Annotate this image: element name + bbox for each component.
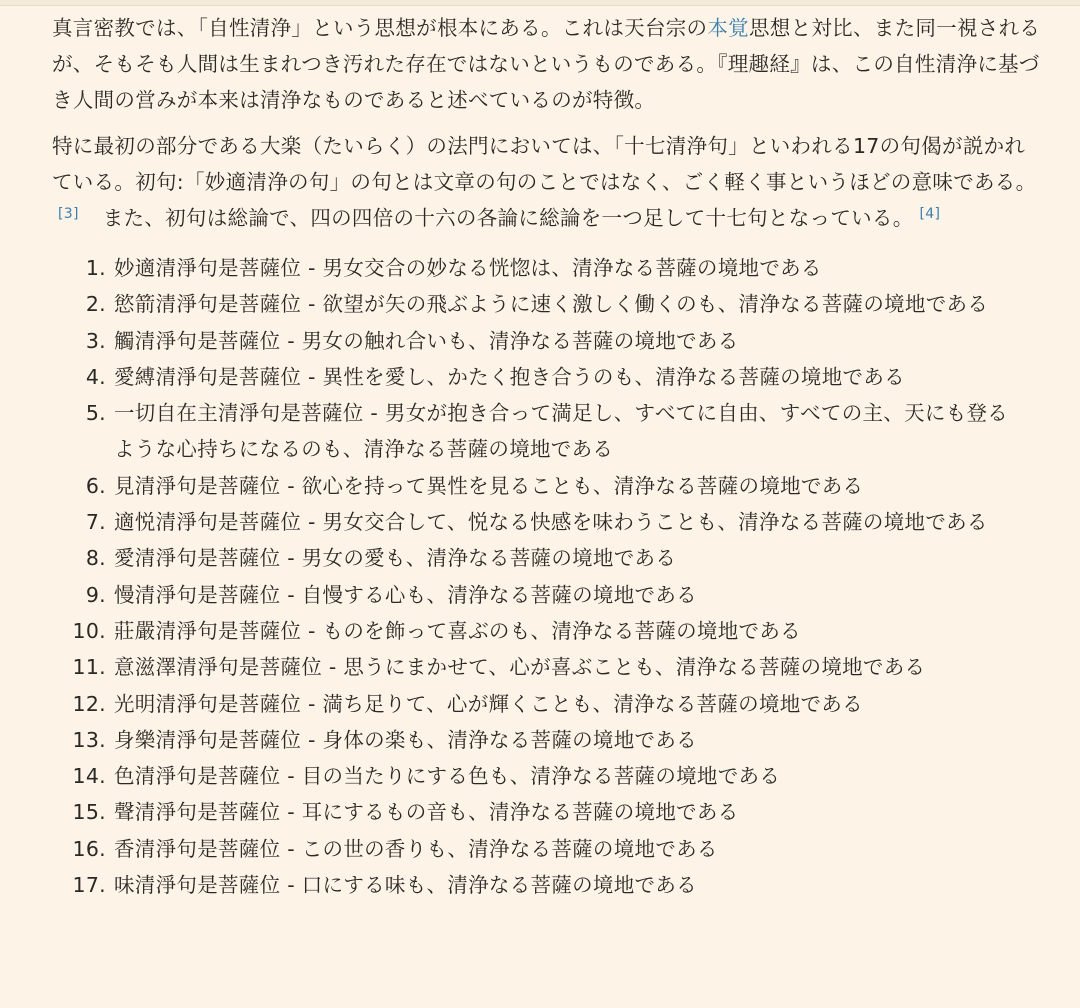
list-item: 8.愛清淨句是菩薩位 - 男女の愛も、清浄なる菩薩の境地である xyxy=(52,540,1042,576)
list-item: 10.莊嚴清淨句是菩薩位 - ものを飾って喜ぶのも、清浄なる菩薩の境地である xyxy=(52,613,1042,649)
list-number: 6. xyxy=(52,468,114,504)
verse-text: 見清淨句是菩薩位 - 欲心を持って異性を見ることも、清浄なる菩薩の境地である xyxy=(114,468,1014,504)
verse-text: 意滋澤清淨句是菩薩位 - 思うにまかせて、心が喜ぶことも、清浄なる菩薩の境地であ… xyxy=(114,649,1014,685)
seventeen-verses-list: 1.妙適清淨句是菩薩位 - 男女交合の妙なる恍惚は、清浄なる菩薩の境地である 2… xyxy=(52,250,1042,903)
verse-text: 身樂清淨句是菩薩位 - 身体の楽も、清浄なる菩薩の境地である xyxy=(114,722,1014,758)
verse-text: 慾箭清淨句是菩薩位 - 欲望が矢の飛ぶように速く激しく働くのも、清浄なる菩薩の境… xyxy=(114,286,1014,322)
list-item: 11.意滋澤清淨句是菩薩位 - 思うにまかせて、心が喜ぶことも、清浄なる菩薩の境… xyxy=(52,649,1042,685)
list-item: 14.色清淨句是菩薩位 - 目の当たりにする色も、清浄なる菩薩の境地である xyxy=(52,758,1042,794)
list-item: 13.身樂清淨句是菩薩位 - 身体の楽も、清浄なる菩薩の境地である xyxy=(52,722,1042,758)
list-item: 5.一切自在主清淨句是菩薩位 - 男女が抱き合って満足し、すべてに自由、すべての… xyxy=(52,395,1042,468)
list-item: 6.見清淨句是菩薩位 - 欲心を持って異性を見ることも、清浄なる菩薩の境地である xyxy=(52,468,1042,504)
list-item: 12.光明清淨句是菩薩位 - 満ち足りて、心が輝くことも、清浄なる菩薩の境地であ… xyxy=(52,686,1042,722)
intro-paragraph-2: 特に最初の部分である大楽（たいらく）の法門においては、「十七清浄句」といわれる1… xyxy=(52,128,1042,236)
list-number: 4. xyxy=(52,359,114,395)
citation-3-link[interactable]: [3] xyxy=(58,206,79,222)
list-number: 1. xyxy=(52,250,114,286)
verse-text: 愛縛清淨句是菩薩位 - 異性を愛し、かたく抱き合うのも、清浄なる菩薩の境地である xyxy=(114,359,1014,395)
list-item: 4.愛縛清淨句是菩薩位 - 異性を愛し、かたく抱き合うのも、清浄なる菩薩の境地で… xyxy=(52,359,1042,395)
list-item: 7.適悦清淨句是菩薩位 - 男女交合して、悦なる快感を味わうことも、清浄なる菩薩… xyxy=(52,504,1042,540)
intro-text: 特に最初の部分である大楽（たいらく）の法門においては、「十七清浄句」といわれる1… xyxy=(52,134,1036,194)
list-number: 14. xyxy=(52,758,114,794)
list-number: 7. xyxy=(52,504,114,540)
verse-text: 聲清淨句是菩薩位 - 耳にするもの音も、清浄なる菩薩の境地である xyxy=(114,794,1014,830)
list-number: 12. xyxy=(52,686,114,722)
intro-text: 真言密教では、「自性清浄」という思想が根本にある。これは天台宗の xyxy=(52,16,707,40)
verse-text: 一切自在主清淨句是菩薩位 - 男女が抱き合って満足し、すべてに自由、すべての主、… xyxy=(114,395,1014,468)
list-item: 1.妙適清淨句是菩薩位 - 男女交合の妙なる恍惚は、清浄なる菩薩の境地である xyxy=(52,250,1042,286)
list-number: 2. xyxy=(52,286,114,322)
article-body: 真言密教では、「自性清浄」という思想が根本にある。これは天台宗の本覚思想と対比、… xyxy=(52,10,1042,903)
verse-text: 適悦清淨句是菩薩位 - 男女交合して、悦なる快感を味わうことも、清浄なる菩薩の境… xyxy=(114,504,1014,540)
list-item: 3.觸清淨句是菩薩位 - 男女の触れ合いも、清浄なる菩薩の境地である xyxy=(52,323,1042,359)
list-number: 8. xyxy=(52,540,114,576)
list-number: 10. xyxy=(52,613,114,649)
list-number: 11. xyxy=(52,649,114,685)
list-number: 17. xyxy=(52,867,114,903)
list-item: 2.慾箭清淨句是菩薩位 - 欲望が矢の飛ぶように速く激しく働くのも、清浄なる菩薩… xyxy=(52,286,1042,322)
list-number: 13. xyxy=(52,722,114,758)
list-item: 17.味清淨句是菩薩位 - 口にする味も、清浄なる菩薩の境地である xyxy=(52,867,1042,903)
verse-text: 妙適清淨句是菩薩位 - 男女交合の妙なる恍惚は、清浄なる菩薩の境地である xyxy=(114,250,1014,286)
list-item: 15.聲清淨句是菩薩位 - 耳にするもの音も、清浄なる菩薩の境地である xyxy=(52,794,1042,830)
list-item: 16.香清淨句是菩薩位 - この世の香りも、清浄なる菩薩の境地である xyxy=(52,831,1042,867)
verse-text: 愛清淨句是菩薩位 - 男女の愛も、清浄なる菩薩の境地である xyxy=(114,540,1014,576)
list-number: 15. xyxy=(52,794,114,830)
verse-text: 慢清淨句是菩薩位 - 自慢する心も、清浄なる菩薩の境地である xyxy=(114,577,1014,613)
list-number: 3. xyxy=(52,323,114,359)
list-number: 9. xyxy=(52,577,114,613)
verse-text: 觸清淨句是菩薩位 - 男女の触れ合いも、清浄なる菩薩の境地である xyxy=(114,323,1014,359)
list-number: 5. xyxy=(52,395,114,468)
top-toolbar-edge xyxy=(0,0,1080,6)
citation-4-link[interactable]: [4] xyxy=(920,206,941,222)
verse-text: 光明清淨句是菩薩位 - 満ち足りて、心が輝くことも、清浄なる菩薩の境地である xyxy=(114,686,1014,722)
verse-text: 香清淨句是菩薩位 - この世の香りも、清浄なる菩薩の境地である xyxy=(114,831,1014,867)
verse-text: 莊嚴清淨句是菩薩位 - ものを飾って喜ぶのも、清浄なる菩薩の境地である xyxy=(114,613,1014,649)
intro-paragraph-1: 真言密教では、「自性清浄」という思想が根本にある。これは天台宗の本覚思想と対比、… xyxy=(52,10,1042,118)
list-number: 16. xyxy=(52,831,114,867)
intro-text: また、初句は総論で、四の四倍の十六の各論に総論を一つ足して十七句となっている。 xyxy=(103,206,914,230)
list-item: 9.慢清淨句是菩薩位 - 自慢する心も、清浄なる菩薩の境地である xyxy=(52,577,1042,613)
hongaku-link[interactable]: 本覚 xyxy=(707,16,749,40)
verse-text: 味清淨句是菩薩位 - 口にする味も、清浄なる菩薩の境地である xyxy=(114,867,1014,903)
verse-text: 色清淨句是菩薩位 - 目の当たりにする色も、清浄なる菩薩の境地である xyxy=(114,758,1014,794)
